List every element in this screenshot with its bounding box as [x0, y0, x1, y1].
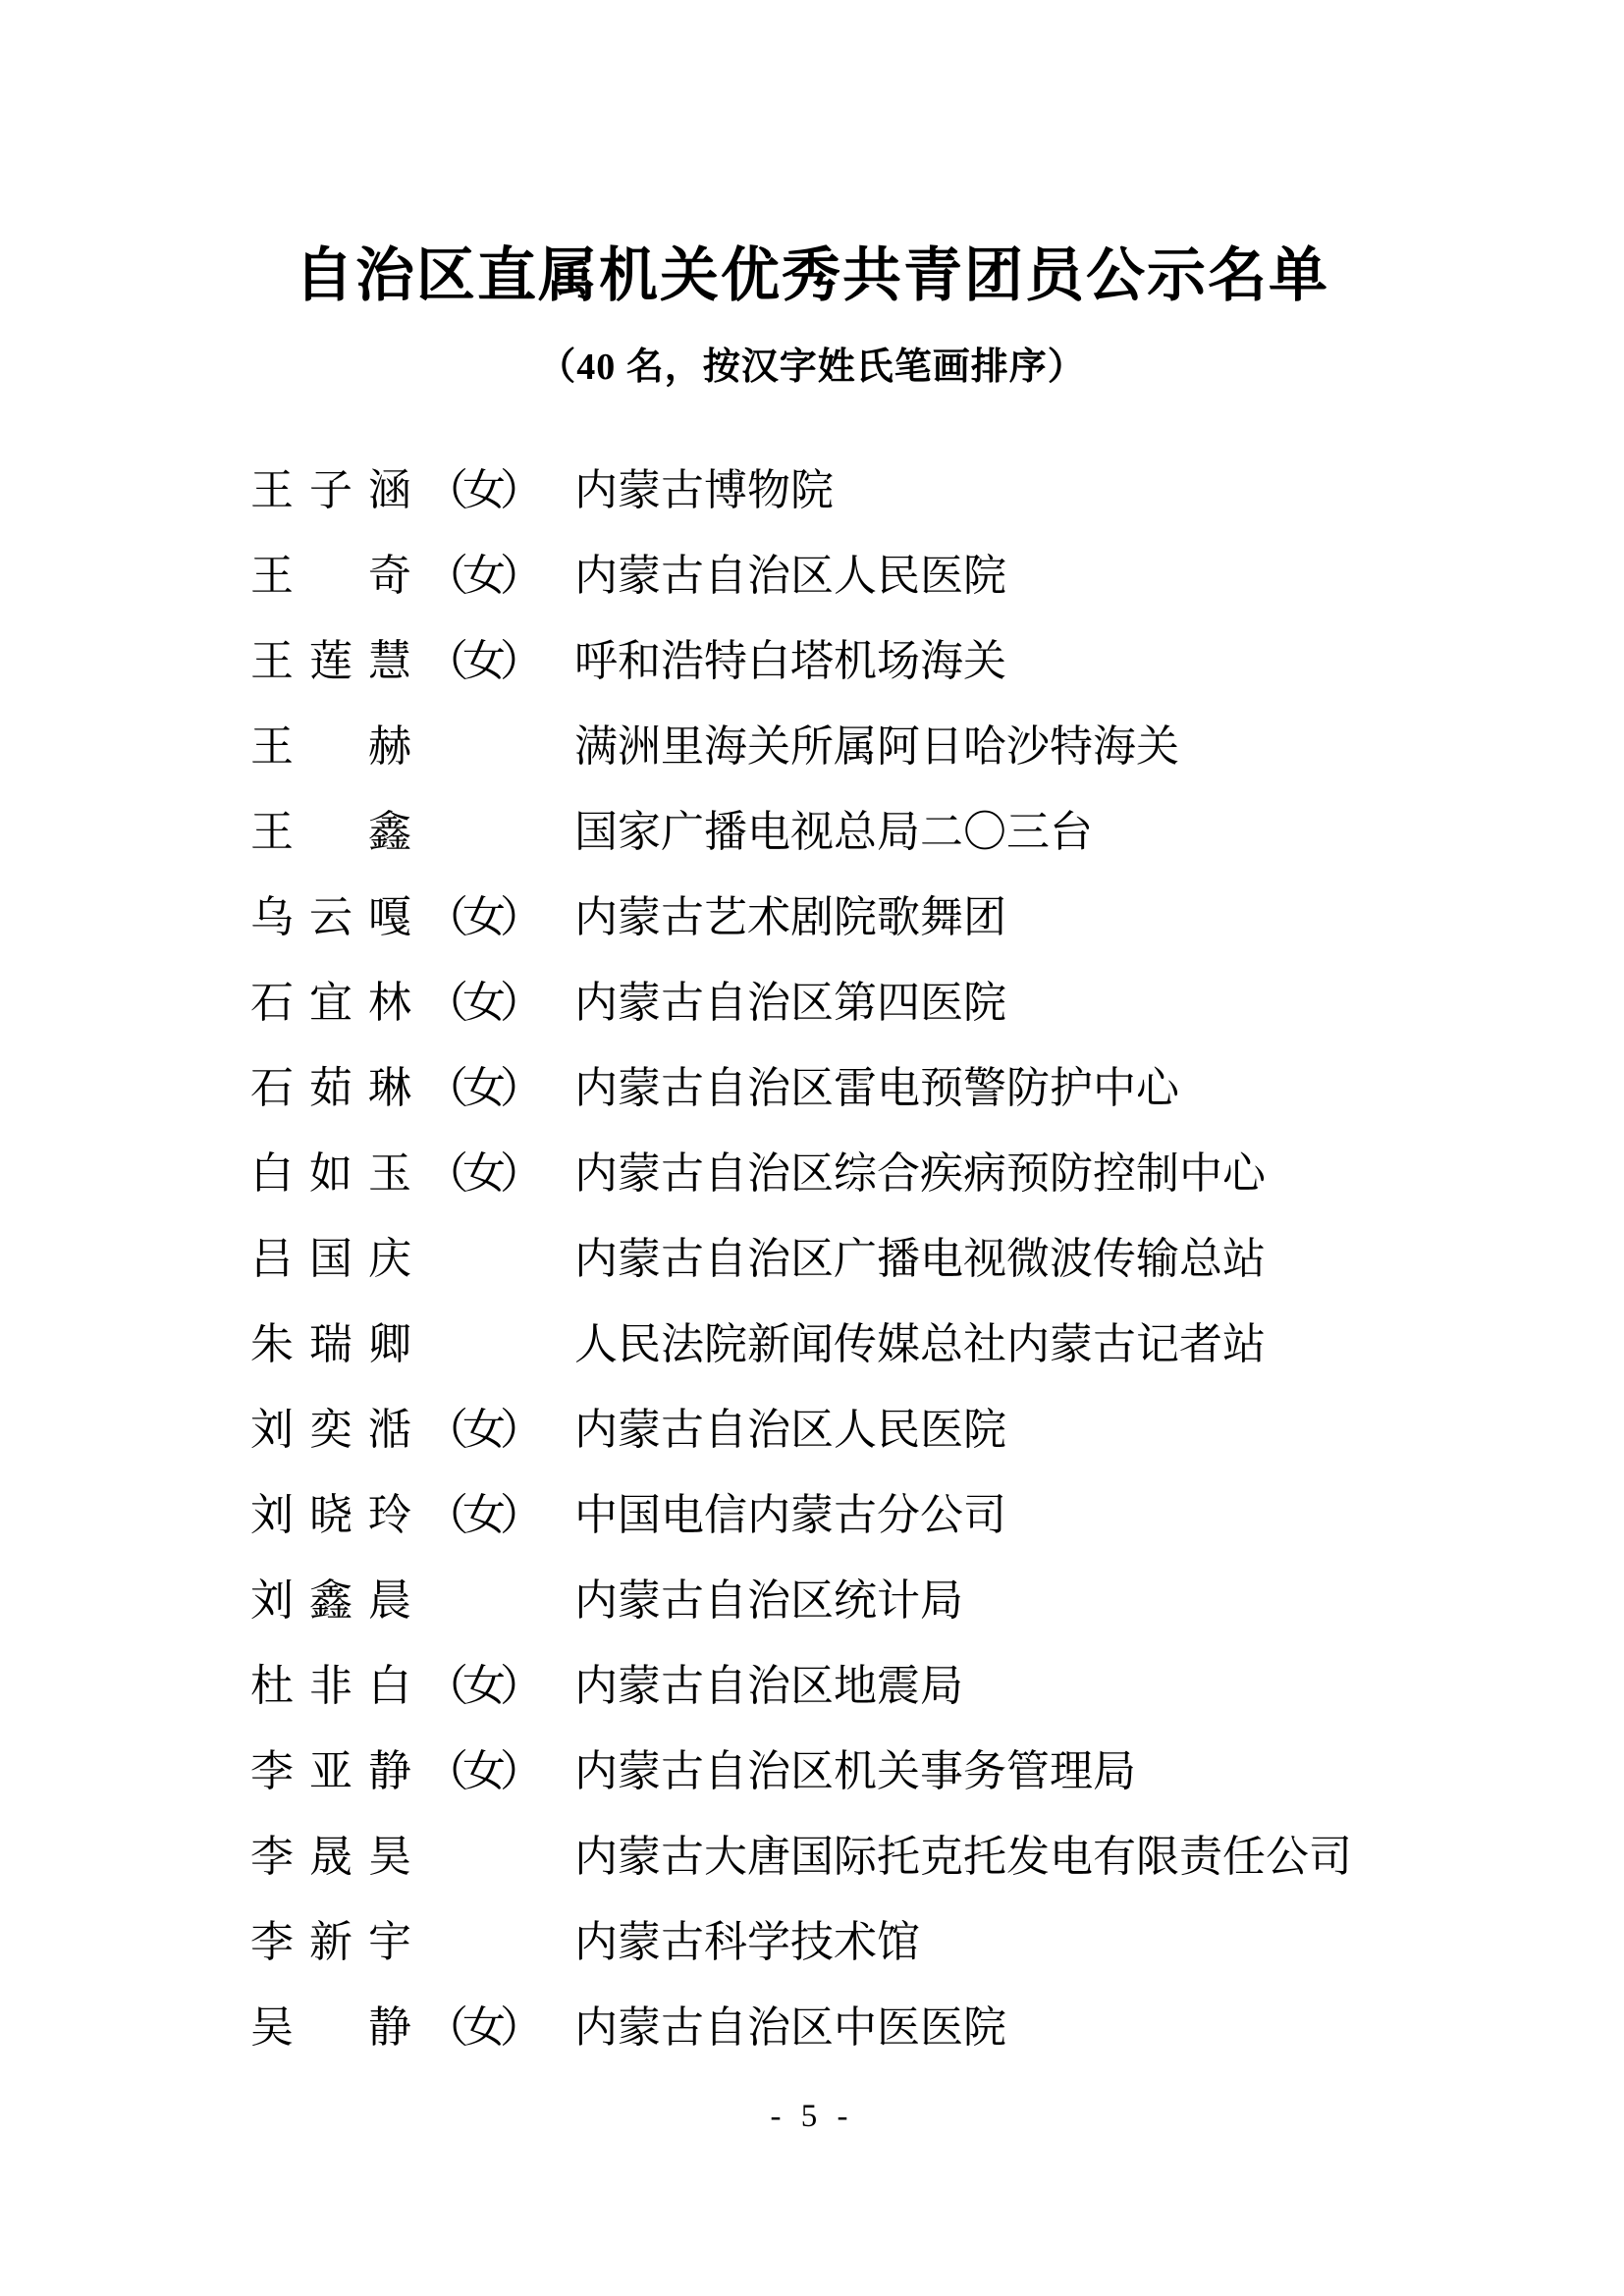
list-item: 刘奕湉 （女） 内蒙古自治区人民医院 — [250, 1388, 1624, 1473]
list-item: 乌云嘎 （女） 内蒙古艺术剧院歌舞团 — [250, 876, 1624, 961]
organization-name: 人民法院新闻传媒总社内蒙古记者站 — [574, 1321, 1266, 1368]
gender-label: （女） — [425, 2004, 549, 2052]
organization-name: 内蒙古自治区综合疾病预防控制中心 — [574, 1150, 1266, 1198]
list-item: 李晟昊 内蒙古大唐国际托克托发电有限责任公司 — [250, 1815, 1624, 1900]
member-name: 王 奇 — [250, 553, 411, 600]
member-name: 石茹琳 — [250, 1065, 411, 1112]
list-item: 石宜林 （女） 内蒙古自治区第四医院 — [250, 961, 1624, 1046]
organization-name: 内蒙古自治区广播电视微波传输总站 — [574, 1236, 1266, 1283]
list-item: 刘晓玲 （女） 中国电信内蒙古分公司 — [250, 1473, 1624, 1559]
list-item: 李亚静 （女） 内蒙古自治区机关事务管理局 — [250, 1730, 1624, 1815]
page-number: - 5 - — [0, 2099, 1624, 2135]
organization-name: 内蒙古自治区地震局 — [574, 1663, 963, 1710]
organization-name: 内蒙古自治区中医医院 — [574, 2004, 1006, 2052]
member-list: 王子涵 （女） 内蒙古博物院 王 奇 （女） 内蒙古自治区人民医院 王莲慧 （女… — [250, 449, 1624, 2071]
list-item: 李新宇 内蒙古科学技术馆 — [250, 1900, 1624, 1986]
organization-name: 内蒙古自治区人民医院 — [574, 553, 1006, 600]
organization-name: 呼和浩特白塔机场海关 — [574, 638, 1006, 685]
gender-label: （女） — [425, 553, 549, 600]
gender-label: （女） — [425, 1663, 549, 1710]
gender-label: （女） — [425, 1065, 549, 1112]
page-subtitle: （40 名，按汉字姓氏笔画排序） — [0, 348, 1624, 388]
member-name: 石宜林 — [250, 980, 411, 1027]
member-name: 杜非白 — [250, 1663, 411, 1710]
list-item: 吴 静 （女） 内蒙古自治区中医医院 — [250, 1986, 1624, 2071]
list-item: 王 奇 （女） 内蒙古自治区人民医院 — [250, 534, 1624, 619]
list-item: 王莲慧 （女） 呼和浩特白塔机场海关 — [250, 619, 1624, 705]
organization-name: 内蒙古艺术剧院歌舞团 — [574, 894, 1006, 941]
member-name: 朱瑞卿 — [250, 1321, 411, 1368]
member-name: 李晟昊 — [250, 1834, 411, 1881]
list-item: 石茹琳 （女） 内蒙古自治区雷电预警防护中心 — [250, 1046, 1624, 1132]
list-item: 朱瑞卿 人民法院新闻传媒总社内蒙古记者站 — [250, 1303, 1624, 1388]
member-name: 刘鑫晨 — [250, 1577, 411, 1625]
member-name: 王子涵 — [250, 467, 411, 514]
list-item: 刘鑫晨 内蒙古自治区统计局 — [250, 1559, 1624, 1644]
organization-name: 内蒙古科学技术馆 — [574, 1919, 920, 1966]
organization-name: 内蒙古自治区机关事务管理局 — [574, 1748, 1136, 1795]
gender-label: （女） — [425, 894, 549, 941]
document-page: 自治区直属机关优秀共青团员公示名单 （40 名，按汉字姓氏笔画排序） 王子涵 （… — [0, 0, 1624, 2296]
member-name: 李亚静 — [250, 1748, 411, 1795]
organization-name: 内蒙古博物院 — [574, 467, 834, 514]
organization-name: 内蒙古自治区统计局 — [574, 1577, 963, 1625]
page-title: 自治区直属机关优秀共青团员公示名单 — [0, 245, 1624, 307]
member-name: 王 鑫 — [250, 809, 411, 856]
list-item: 吕国庆 内蒙古自治区广播电视微波传输总站 — [250, 1217, 1624, 1303]
organization-name: 内蒙古自治区人民医院 — [574, 1407, 1006, 1454]
organization-name: 内蒙古大唐国际托克托发电有限责任公司 — [574, 1834, 1352, 1881]
organization-name: 满洲里海关所属阿日哈沙特海关 — [574, 723, 1179, 771]
member-name: 刘晓玲 — [250, 1492, 411, 1539]
member-name: 王莲慧 — [250, 638, 411, 685]
gender-label: （女） — [425, 1407, 549, 1454]
member-name: 白如玉 — [250, 1150, 411, 1198]
member-name: 王 赫 — [250, 723, 411, 771]
list-item: 王子涵 （女） 内蒙古博物院 — [250, 449, 1624, 534]
gender-label: （女） — [425, 980, 549, 1027]
list-item: 杜非白 （女） 内蒙古自治区地震局 — [250, 1644, 1624, 1730]
organization-name: 国家广播电视总局二〇三台 — [574, 809, 1093, 856]
member-name: 李新宇 — [250, 1919, 411, 1966]
gender-label: （女） — [425, 1748, 549, 1795]
list-item: 王 赫 满洲里海关所属阿日哈沙特海关 — [250, 705, 1624, 790]
list-item: 王 鑫 国家广播电视总局二〇三台 — [250, 790, 1624, 876]
organization-name: 内蒙古自治区雷电预警防护中心 — [574, 1065, 1179, 1112]
member-name: 刘奕湉 — [250, 1407, 411, 1454]
member-name: 乌云嘎 — [250, 894, 411, 941]
gender-label: （女） — [425, 467, 549, 514]
gender-label: （女） — [425, 1150, 549, 1198]
member-name: 吕国庆 — [250, 1236, 411, 1283]
member-name: 吴 静 — [250, 2004, 411, 2052]
organization-name: 内蒙古自治区第四医院 — [574, 980, 1006, 1027]
list-item: 白如玉 （女） 内蒙古自治区综合疾病预防控制中心 — [250, 1132, 1624, 1217]
organization-name: 中国电信内蒙古分公司 — [574, 1492, 1006, 1539]
gender-label: （女） — [425, 1492, 549, 1539]
gender-label: （女） — [425, 638, 549, 685]
